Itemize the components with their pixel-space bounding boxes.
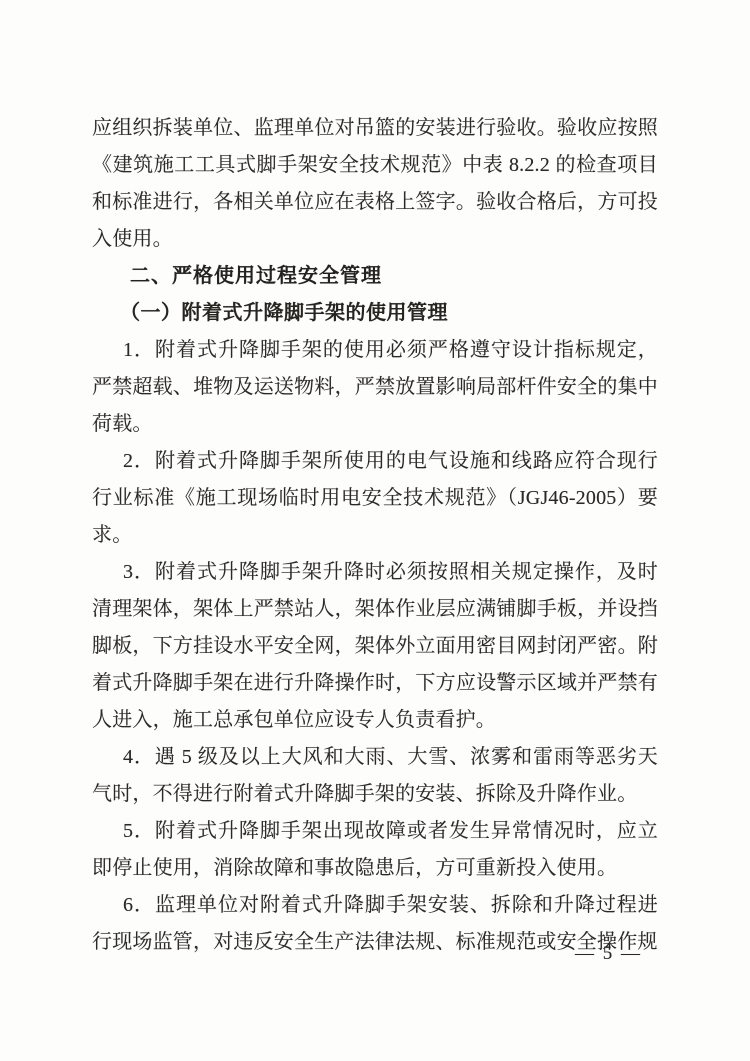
document-page: 应组织拆装单位、监理单位对吊篮的安装进行验收。验收应按照《建筑施工工具式脚手架安… <box>0 0 750 1061</box>
section-heading: 二、严格使用过程安全管理 <box>92 258 658 295</box>
numbered-paragraph-2: 2．附着式升降脚手架所使用的电气设施和线路应符合现行行业标准《施工现场临时用电安… <box>92 443 658 554</box>
numbered-paragraph-3: 3．附着式升降脚手架升降时必须按照相关规定操作，及时清理架体，架体上严禁站人，架… <box>92 554 658 739</box>
numbered-paragraph-5: 5．附着式升降脚手架出现故障或者发生异常情况时，应立即停止使用，消除故障和事故隐… <box>92 813 658 887</box>
subsection-heading: （一）附着式升降脚手架的使用管理 <box>92 295 658 332</box>
page-number: — 5 — <box>575 941 642 967</box>
document-body: 应组织拆装单位、监理单位对吊篮的安装进行验收。验收应按照《建筑施工工具式脚手架安… <box>92 110 658 961</box>
intro-paragraph: 应组织拆装单位、监理单位对吊篮的安装进行验收。验收应按照《建筑施工工具式脚手架安… <box>92 110 658 258</box>
numbered-paragraph-1: 1．附着式升降脚手架的使用必须严格遵守设计指标规定，严禁超载、堆物及运送物料，严… <box>92 332 658 443</box>
numbered-paragraph-6: 6．监理单位对附着式升降脚手架安装、拆除和升降过程进行现场监管，对违反安全生产法… <box>92 887 658 961</box>
numbered-paragraph-4: 4．遇 5 级及以上大风和大雨、大雪、浓雾和雷雨等恶劣天气时，不得进行附着式升降… <box>92 739 658 813</box>
